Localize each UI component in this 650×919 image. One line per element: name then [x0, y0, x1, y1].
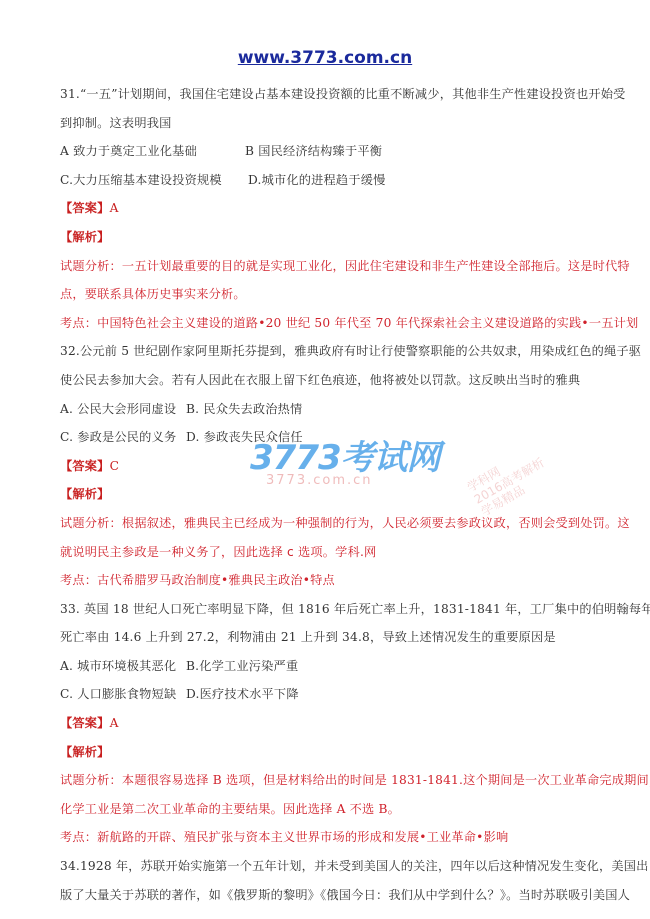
options-row: C.大力压缩基本建设投资规模 D.城市化的进程趋于缓慢 — [60, 166, 600, 195]
question-stem: 31.“一五”计划期间，我国住宅建设占基本建设投资额的比重不断减少，其他非生产性… — [60, 80, 600, 109]
document-body: 31.“一五”计划期间，我国住宅建设占基本建设投资额的比重不断减少，其他非生产性… — [60, 80, 600, 909]
analysis-text: 点，要联系具体历史事实来分析。 — [60, 280, 600, 309]
analysis-text: 化学工业是第二次工业革命的主要结果。因此选择 A 不选 B。 — [60, 795, 600, 824]
analysis-text: 试题分析：本题很容易选择 B 选项，但是材料给出的时间是 1831-1841.这… — [60, 766, 600, 795]
option-c: C. 人口膨胀食物短缺 — [60, 680, 186, 709]
question-stem: 34.1928 年，苏联开始实施第一个五年计划，并未受到美国人的关注，四年以后这… — [60, 852, 600, 881]
analysis-text: 就说明民主参政是一种义务了，因此选择 c 选项。学科.网 — [60, 538, 600, 567]
question-stem: 33. 英国 18 世纪人口死亡率明显下降，但 1816 年后死亡率上升，183… — [60, 595, 600, 624]
option-d: D.医疗技术水平下降 — [186, 680, 299, 709]
answer-value: A — [110, 716, 119, 730]
options-row: C. 参政是公民的义务 D. 参政丧失民众信任 — [60, 423, 600, 452]
options-row: A 致力于奠定工业化基础 B 国民经济结构臻于平衡 — [60, 137, 600, 166]
kaodian: 考点：新航路的开辟、殖民扩张与资本主义世界市场的形成和发展•工业革命•影响 — [60, 823, 600, 852]
option-c: C.大力压缩基本建设投资规模 — [60, 166, 248, 195]
analysis-text: 试题分析：根据叙述，雅典民主已经成为一种强制的行为，人民必须要去参政议政，否则会… — [60, 509, 600, 538]
answer-value: C — [110, 459, 120, 473]
kaodian: 考点：古代希腊罗马政治制度•雅典民主政治•特点 — [60, 566, 600, 595]
question-stem: 32.公元前 5 世纪剧作家阿里斯托芬提到，雅典政府有时让行使警察职能的公共奴隶… — [60, 337, 600, 366]
answer-line: 【答案】C — [60, 452, 600, 481]
analysis-text: 试题分析：一五计划最重要的目的就是实现工业化，因此住宅建设和非生产性建设全部拖后… — [60, 252, 600, 281]
option-a: A. 城市环境极其恶化 — [60, 652, 186, 681]
question-34: 34.1928 年，苏联开始实施第一个五年计划，并未受到美国人的关注，四年以后这… — [60, 852, 600, 909]
question-stem: 死亡率由 14.6 上升到 27.2，利物浦由 21 上升到 34.8，导致上述… — [60, 623, 600, 652]
analysis-label: 【解析】 — [60, 223, 600, 252]
question-stem: 使公民去参加大会。若有人因此在衣服上留下红色痕迹，他将被处以罚款。这反映出当时的… — [60, 366, 600, 395]
analysis-label: 【解析】 — [60, 738, 600, 767]
option-a: A. 公民大会形同虚设 — [60, 395, 186, 424]
option-b: B. 民众失去政治热情 — [186, 395, 302, 424]
analysis-label: 【解析】 — [60, 480, 600, 509]
answer-label: 【答案】 — [60, 716, 110, 730]
options-row: C. 人口膨胀食物短缺 D.医疗技术水平下降 — [60, 680, 600, 709]
answer-line: 【答案】A — [60, 709, 600, 738]
question-32: 32.公元前 5 世纪剧作家阿里斯托芬提到，雅典政府有时让行使警察职能的公共奴隶… — [60, 337, 600, 594]
question-stem: 版了大量关于苏联的著作，如《俄罗斯的黎明》《俄国今日：我们从中学到什么？》。当时… — [60, 881, 600, 910]
answer-label: 【答案】 — [60, 459, 110, 473]
answer-label: 【答案】 — [60, 201, 110, 215]
options-row: A. 公民大会形同虚设 B. 民众失去政治热情 — [60, 395, 600, 424]
answer-value: A — [110, 201, 119, 215]
answer-line: 【答案】A — [60, 194, 600, 223]
option-d: D. 参政丧失民众信任 — [186, 423, 303, 452]
option-c: C. 参政是公民的义务 — [60, 423, 186, 452]
option-b: B 国民经济结构臻于平衡 — [245, 137, 382, 166]
question-33: 33. 英国 18 世纪人口死亡率明显下降，但 1816 年后死亡率上升，183… — [60, 595, 600, 852]
option-b: B.化学工业污染严重 — [186, 652, 298, 681]
option-d: D.城市化的进程趋于缓慢 — [248, 166, 386, 195]
option-a: A 致力于奠定工业化基础 — [60, 137, 245, 166]
question-31: 31.“一五”计划期间，我国住宅建设占基本建设投资额的比重不断减少，其他非生产性… — [60, 80, 600, 337]
kaodian: 考点：中国特色社会主义建设的道路•20 世纪 50 年代至 70 年代探索社会主… — [60, 309, 600, 338]
question-stem: 到抑制。这表明我国 — [60, 109, 600, 138]
site-link[interactable]: www.3773.com.cn — [0, 48, 650, 68]
options-row: A. 城市环境极其恶化 B.化学工业污染严重 — [60, 652, 600, 681]
